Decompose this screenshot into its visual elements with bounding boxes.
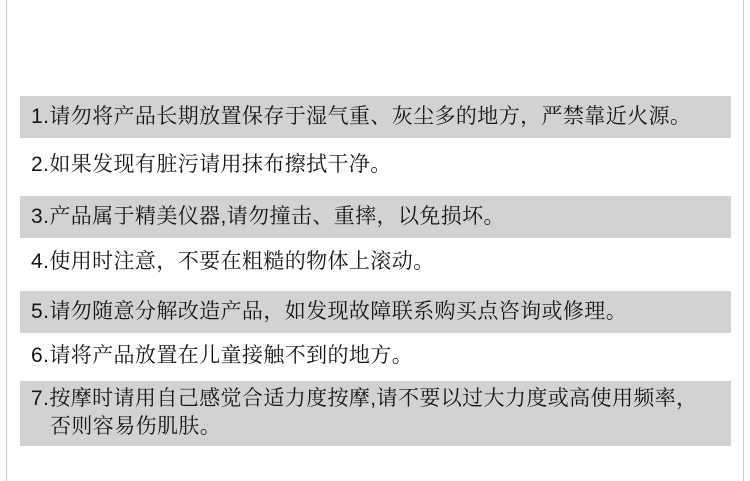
notice-item-6: 6.请将产品放置在儿童接触不到的地方。 (20, 338, 731, 374)
notice-item-7-line-1: 7.按摩时请用自己感觉合适力度按摩,请不要以过大力度或高使用频率， (31, 385, 720, 413)
product-notice-panel: 1.请勿将产品长期放置保存于湿气重、灰尘多的地方，严禁靠近火源。 2.如果发现有… (0, 0, 750, 481)
notice-item-2: 2.如果发现有脏污请用抹布擦拭干净。 (20, 147, 731, 183)
notice-item-7: 7.按摩时请用自己感觉合适力度按摩,请不要以过大力度或高使用频率， 否则容易伤肌… (20, 381, 731, 446)
notice-item-3: 3.产品属于精美仪器,请勿撞击、重摔，以免损坏。 (20, 196, 731, 238)
left-border-line (6, 0, 7, 481)
notice-item-7-line-2: 否则容易伤肌肤。 (50, 413, 720, 441)
notice-item-4: 4.使用时注意，不要在粗糙的物体上滚动。 (20, 244, 731, 280)
right-border-line (743, 0, 744, 481)
notice-item-1: 1.请勿将产品长期放置保存于湿气重、灰尘多的地方，严禁靠近火源。 (20, 96, 731, 138)
notice-item-5: 5.请勿随意分解改造产品，如发现故障联系购买点咨询或修理。 (20, 291, 731, 333)
